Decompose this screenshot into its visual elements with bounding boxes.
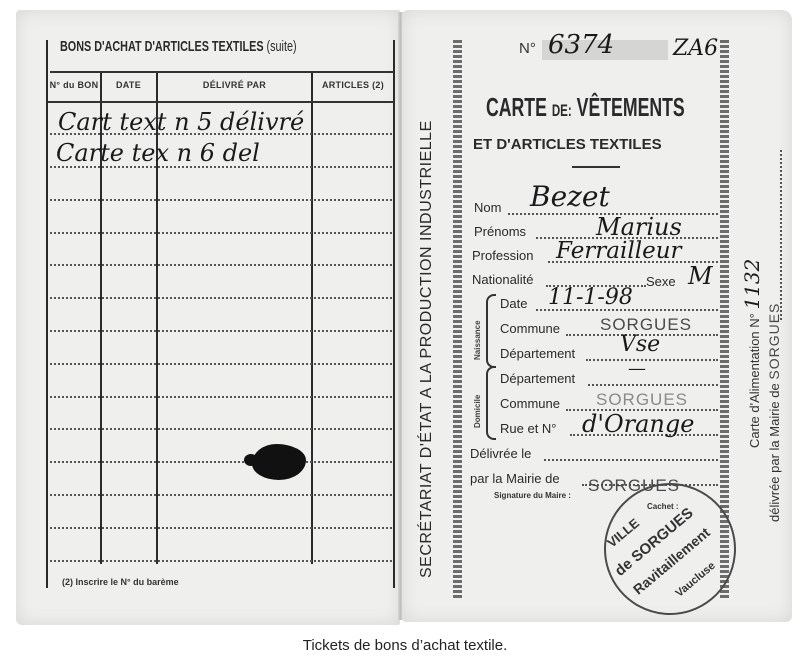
signature-label: Signature du Maire : <box>494 491 571 500</box>
card-number: 6374 <box>548 30 614 60</box>
nom-label: Nom <box>474 200 501 215</box>
coupons-title-suffix: (suite) <box>267 38 297 55</box>
rue-label: Rue et N° <box>500 421 557 436</box>
decorative-border-left <box>453 40 462 598</box>
naissance-brace <box>486 294 496 368</box>
domicile-departement-label: Département <box>500 371 575 386</box>
card-number-suffix: ZA6 <box>673 36 718 61</box>
table-row <box>50 232 392 234</box>
table-row <box>50 199 392 201</box>
profession-label: Profession <box>472 248 533 263</box>
title-rule <box>572 166 620 168</box>
table-header-top <box>50 71 394 73</box>
card-subtitle: ET D'ARTICLES TEXTILES <box>473 136 662 153</box>
delivree-mairie: délivrée par la Mairie de SORGUES <box>766 303 782 522</box>
table-header-bottom <box>48 101 394 103</box>
table-border-right <box>393 40 395 588</box>
table-row <box>50 297 392 299</box>
card-title-vetements: VÊTEMENTS <box>577 92 685 122</box>
coupons-title: BONS D'ACHAT D'ARTICLES TEXTILES (suite) <box>60 38 298 55</box>
domicile-commune-stamp: SORGUES <box>596 390 688 410</box>
carte-alimentation: Carte d'Alimentation N° 1132 <box>740 259 764 448</box>
carte-alimentation-value: 1132 <box>740 259 764 310</box>
column-header-numero: N° du BON <box>47 80 101 90</box>
coupons-title-text: BONS D'ACHAT D'ARTICLES TEXTILES <box>60 38 264 55</box>
naissance-commune-label: Commune <box>500 321 560 336</box>
carte-alimentation-label: Carte d'Alimentation N° <box>747 313 762 448</box>
naissance-departement-value: Vse <box>620 332 660 357</box>
naissance-date-label: Date <box>500 296 527 311</box>
table-row <box>50 428 392 430</box>
sexe-value: M <box>688 262 713 290</box>
table-row <box>50 461 392 463</box>
profession-value: Ferrailleur <box>556 238 682 264</box>
domicile-label: Domicile <box>473 395 482 428</box>
table-row <box>50 527 392 529</box>
sexe-label: Sexe <box>646 274 676 289</box>
table-border-left <box>46 40 48 588</box>
naissance-departement-label: Département <box>500 346 575 361</box>
number-label: N° <box>519 40 536 57</box>
domicile-departement-line <box>588 384 718 386</box>
naissance-label: Naissance <box>473 320 482 360</box>
nom-value: Bezet <box>530 180 610 213</box>
footnote: (2) Inscrire le N° du barème <box>62 577 179 587</box>
delivree-le-label: Délivrée le <box>470 446 531 461</box>
stamp-vaucluse: Vaucluse <box>673 560 717 600</box>
table-row <box>50 396 392 398</box>
column-header-articles: ARTICLES (2) <box>312 80 394 90</box>
delivree-mairie-label: délivrée par la Mairie de <box>767 383 782 522</box>
card-title-de: DE <box>552 101 568 120</box>
ministry-header-vertical: SECRÉTARIAT D'ÉTAT A LA PRODUCTION INDUS… <box>418 120 436 578</box>
handwritten-entry: Cart text n 5 délivré <box>58 108 304 136</box>
figure-caption: Tickets de bons d’achat textile. <box>0 637 810 654</box>
card-title: CARTE DE: VÊTEMENTS <box>486 92 685 123</box>
prenoms-value: Marius <box>596 213 682 241</box>
table-row <box>50 363 392 365</box>
table-row <box>50 494 392 496</box>
mairie-label: par la Mairie de <box>470 471 560 486</box>
nationalite-label: Nationalité <box>472 272 533 287</box>
column-header-delivre-par: DÉLIVRÉ PAR <box>157 80 312 90</box>
rue-value: d'Orange <box>582 410 694 438</box>
handwritten-entry: Carte tex n 6 del <box>56 139 260 167</box>
prenoms-label: Prénoms <box>474 224 526 239</box>
delivree-le-line <box>544 459 718 461</box>
naissance-departement-line <box>586 359 718 361</box>
domicile-commune-label: Commune <box>500 396 560 411</box>
domicile-departement-value: — <box>628 358 646 379</box>
card-title-carte: CARTE <box>486 92 547 122</box>
table-row <box>50 330 392 332</box>
domicile-brace <box>486 366 496 440</box>
column-header-date: DATE <box>101 80 156 90</box>
table-row <box>50 560 392 562</box>
delivree-mairie-line <box>780 150 782 320</box>
column-divider <box>311 72 313 564</box>
naissance-date-value: 11-1-98 <box>548 285 633 310</box>
table-row <box>50 264 392 266</box>
